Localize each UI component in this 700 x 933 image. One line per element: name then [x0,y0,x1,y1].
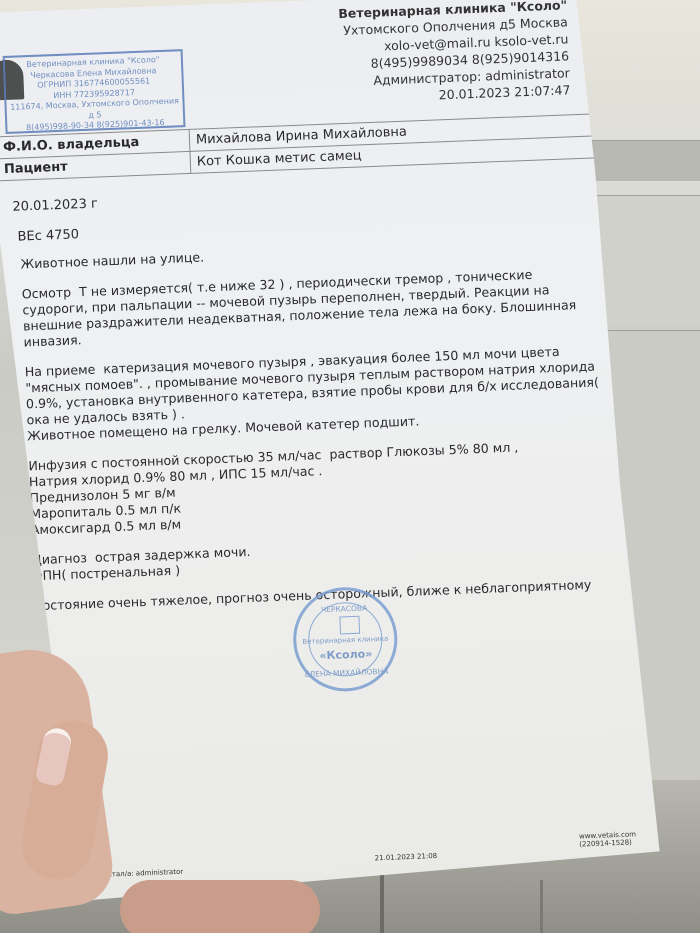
stamp-bottom-text: ЕЛЕНА МИХАЙЛОВНА [297,666,395,679]
document-date: 20.01.2023 г [12,197,98,215]
finger [120,880,320,933]
report-body: Животное нашли на улице. Осмотр Т не изм… [20,234,614,628]
stamp-brand-text: «Ксоло» [297,646,395,663]
diagnosis-paragraph: Диагноз острая задержка мочи. ОПН( постр… [32,530,613,584]
background-floor-line [540,880,543,933]
software-site: www.vetais.com (220914-1528) [579,829,660,848]
patient-weight: ВЕс 4750 [17,227,79,244]
treatment-paragraph: Инфузия с постоянной скоростью 35 мл/час… [28,436,611,538]
print-datetime: 21.01.2023 21:08 [375,852,438,862]
vet-cross-icon [339,616,360,635]
procedures-paragraph: На приеме катеризация мочевого пузыря , … [24,342,607,444]
rectangular-stamp: Ветеринарная клиника "Ксоло" Черкасова Е… [3,49,186,134]
stamp-top-text: ЧЕРКАСОВА [295,602,393,615]
clinic-header: Ветеринарная клиника "Ксоло" Ухтомского … [338,0,571,107]
exam-paragraph: Осмотр Т не измеряется( т.е ниже 32 ) , … [22,264,604,350]
